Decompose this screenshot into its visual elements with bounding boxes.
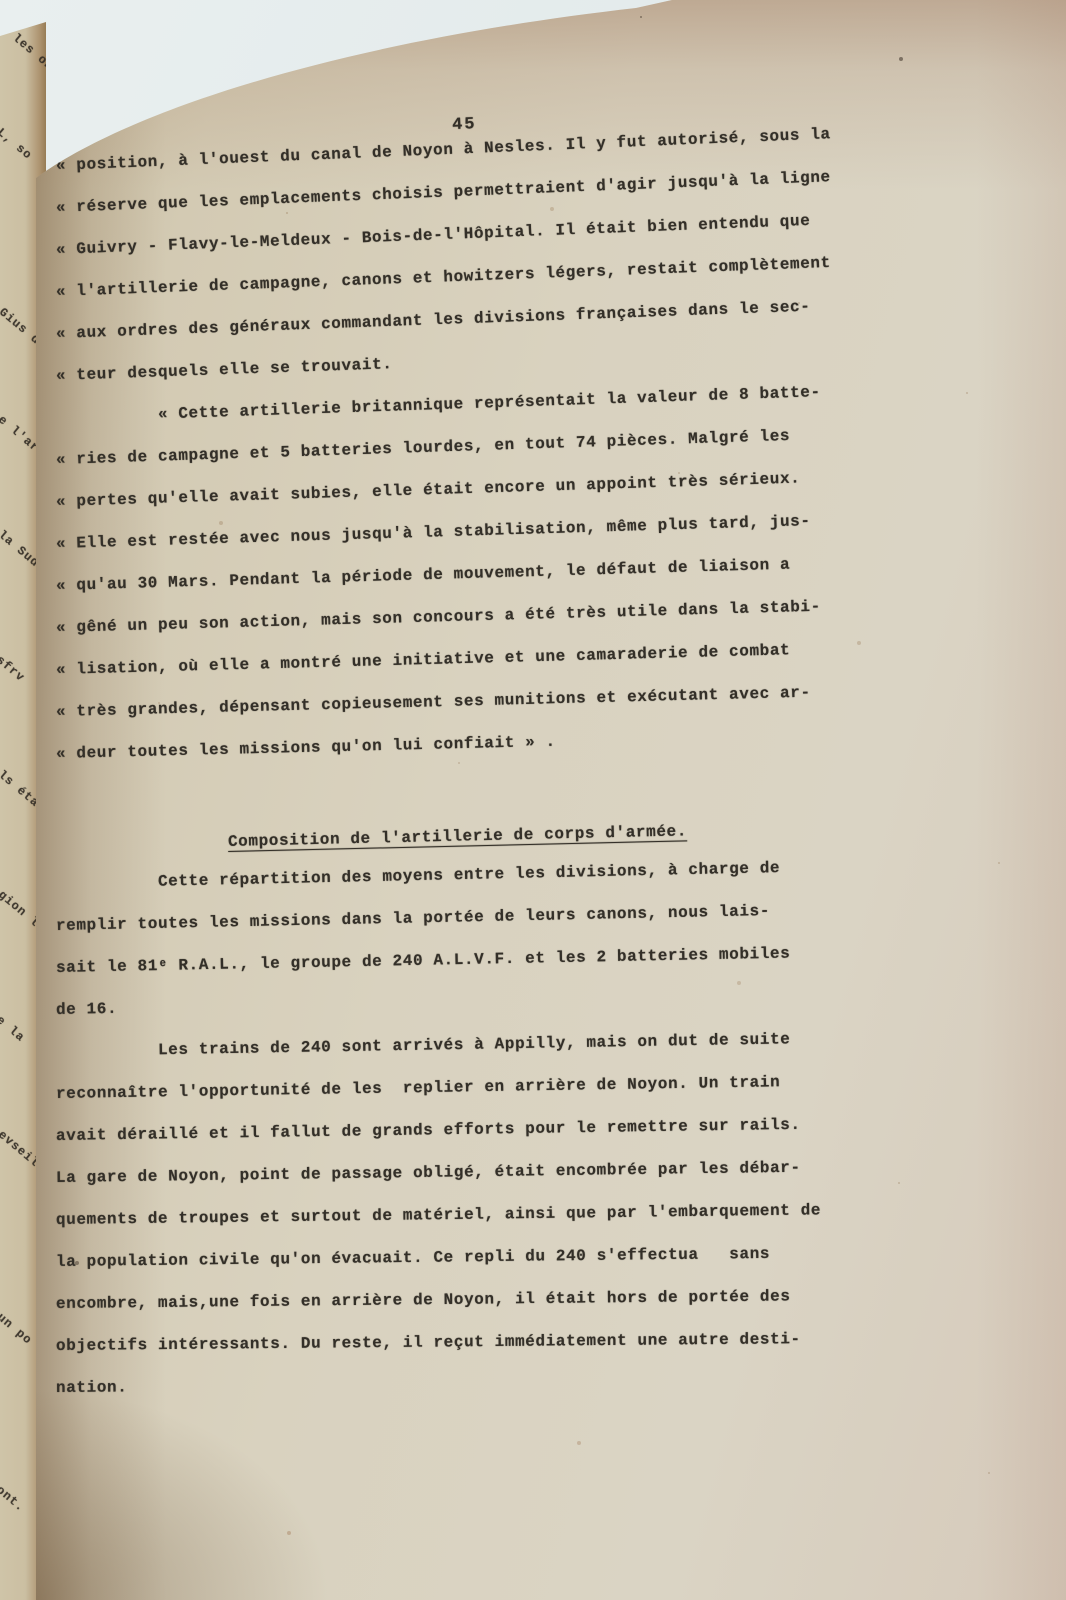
- margin-text-fragment: evseil: [0, 1128, 42, 1170]
- scanned-book-photo: s les on L, so Gius de e l'ar la Sud sfr…: [0, 0, 1066, 1600]
- body-line: nation.: [56, 1360, 936, 1409]
- margin-text-fragment: L, so: [0, 125, 35, 162]
- margin-text-fragment: sfrv: [0, 653, 27, 685]
- margin-text-fragment: gion l: [0, 888, 42, 930]
- margin-text-fragment: la Sud: [0, 528, 42, 570]
- margin-text-fragment: e l'ar: [0, 413, 42, 455]
- margin-text-fragment: s les on: [0, 21, 56, 74]
- paper-speckles: [36, 0, 38, 2]
- page-content: 45 « position, à l'ouest du canal de Noy…: [56, 106, 936, 1409]
- body-line: objectifs intéressants. Du reste, il reç…: [56, 1317, 936, 1367]
- margin-text-fragment: ont.: [0, 1483, 27, 1515]
- margin-text-fragment: ls éta: [0, 768, 42, 810]
- section-heading-text: Composition de l'artillerie de corps d'a…: [228, 822, 687, 851]
- margin-text-fragment: un po: [0, 1310, 35, 1347]
- margin-text-fragment: e la: [0, 1013, 27, 1045]
